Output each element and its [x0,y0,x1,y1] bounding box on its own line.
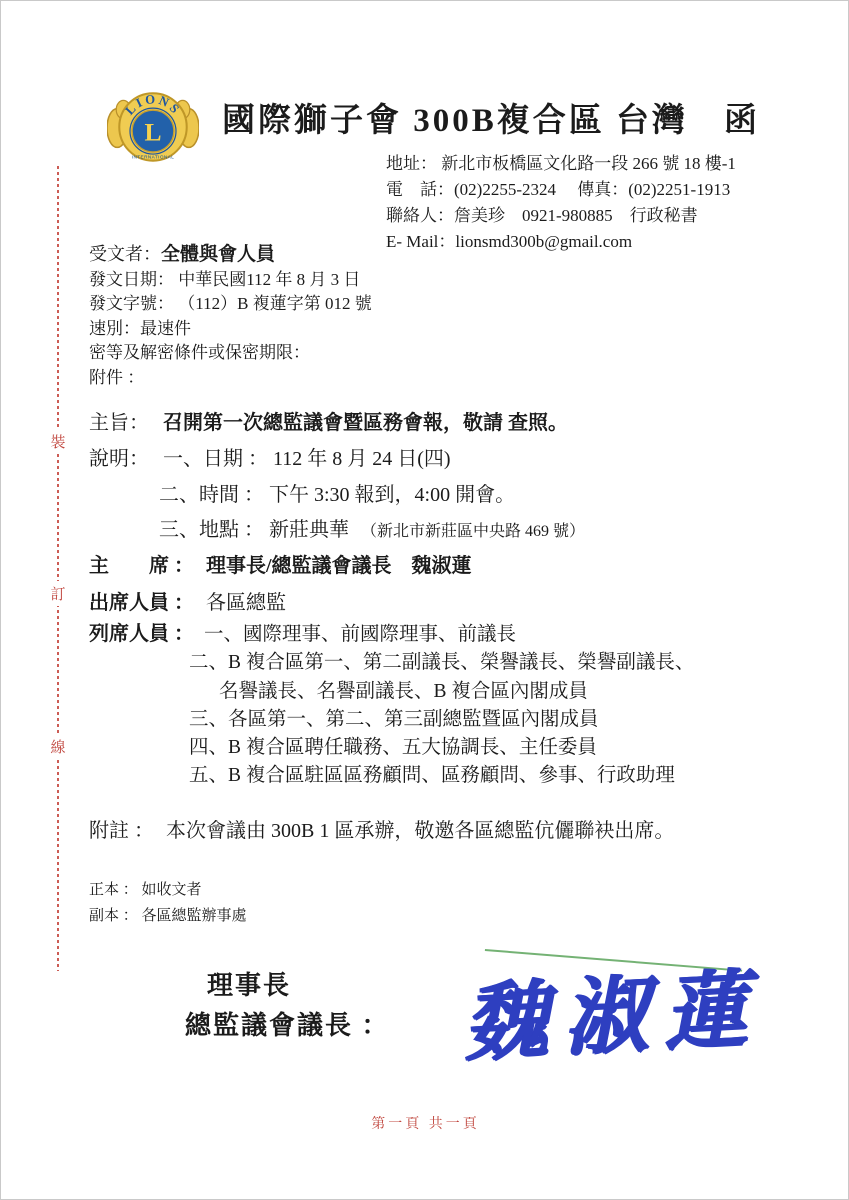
attendees-line: 出席人員 ：各區總監 [89,586,286,615]
explain-line-1: 說明：一、日期 ： 112 年 8 月 24 日(四) [89,442,451,471]
observers-line-1: 列席人員 ：一、國際理事、前國際理事、前議長 [89,617,516,646]
binding-dashed-line [57,166,59,971]
chair-text: 理事長/總監議會議長 魏淑蓮 [206,555,472,577]
note-text: 本次會議由 300B 1 區承辦，敬邀各區總監伉儷聯袂出席。 [166,820,674,842]
signature-name: 魏淑蓮 [460,941,766,1078]
phone-fax-line: 電 話：(02)2255-2324 傳真：(02)2251-1913 [386,177,736,203]
attendees-label: 出席人員 ： [89,592,194,614]
explain-item-3: 三、地點 ： 新莊典華 [159,519,349,541]
chair-label: 主 席 ： [89,555,194,577]
observers-item-2: 二、B 複合區第一、第二副議長、榮譽議長、榮譽副議長、 [189,646,694,674]
page-number-footer: 第一頁 共一頁 [1,1113,849,1133]
note-line: 附註 ：本次會議由 300B 1 區承辦，敬邀各區總監伉儷聯袂出席。 [89,814,674,843]
explain-label: 說明： [89,448,149,470]
observers-item-1: 一、國際理事、前國際理事、前議長 [204,624,516,645]
security-line: 密等及解密條件或保密期限： [89,341,372,366]
signature-role-line-2: 總監議會議長 ： [185,1005,390,1042]
explain-item-3-note: （新北市新莊區中央路 469 號） [361,523,585,540]
explain-line-2: 二、時間 ： 下午 3:30 報到，4:00 開會。 [159,478,515,507]
issue-date-line: 發文日期： 中華民國112 年 8 月 3 日 [89,268,372,293]
observers-item-2b: 名譽議長、名譽副議長、B 複合區內閣成員 [219,675,588,703]
binding-char-ding: 訂 [49,581,67,606]
lions-club-logo-icon: LIONS L INTERNATIONAL [107,81,199,175]
subject-text: 召開第一次總監議會暨區務會報，敬請 查照。 [163,412,568,434]
recipient-label: 受文者： [89,244,161,264]
contact-person-line: 聯絡人：詹美珍 0921-980885 行政秘書 [386,203,736,229]
explain-item-1: 一、日期 ： 112 年 8 月 24 日(四) [163,448,451,470]
observers-label: 列席人員 ： [89,623,194,645]
explain-line-3: 三、地點 ： 新莊典華（新北市新莊區中央路 469 號） [159,513,585,542]
signature-role-line-1: 理事長 [207,965,291,1002]
subject-label: 主旨： [89,412,149,434]
recipient-value: 全體與會人員 [161,244,275,265]
speed-line: 速別：最速件 [89,317,372,342]
recipient-line: 受文者：全體與會人員 [89,242,372,268]
observers-item-3: 三、各區第一、第二、第三副總監暨區內閣成員 [189,703,599,731]
copy-cc-line: 副本 ： 各區總監辦事處 [89,904,247,925]
note-label: 附註 ： [89,820,154,842]
observers-item-5: 五、B 複合區駐區區務顧問、區務顧問、參事、行政助理 [189,759,675,787]
lions-emblem-icon: LIONS L INTERNATIONAL [107,81,199,175]
attachment-line: 附件 ： [89,366,372,391]
binding-char-xian: 線 [49,734,67,759]
binding-char-zhuang: 裝 [49,429,67,454]
logo-center-letter: L [144,117,161,146]
subject-line: 主旨：召開第一次總監議會暨區務會報，敬請 查照。 [89,406,568,435]
copy-original-line: 正本 ： 如收文者 [89,878,202,899]
address-line: 地址： 新北市板橋區文化路一段 266 號 18 樓-1 [386,151,736,177]
doc-number-line: 發文字號： （112）B 複蓮字第 012 號 [89,292,372,317]
document-title: 國際獅子會 300B複合區 台灣 函 [222,94,760,141]
logo-bottom-text: INTERNATIONAL [132,155,174,160]
observers-item-4: 四、B 複合區聘任職務、五大協調長、主任委員 [189,731,597,759]
document-page: 裝 訂 線 LIONS L INTERNATIONAL 國際獅子會 300B複合… [0,0,849,1200]
attendees-text: 各區總監 [206,592,286,614]
contact-block: 地址： 新北市板橋區文化路一段 266 號 18 樓-1 電 話：(02)225… [386,151,736,255]
meta-block: 受文者：全體與會人員 發文日期： 中華民國112 年 8 月 3 日 發文字號：… [89,242,372,390]
email-line: E- Mail：lionsmd300b@gmail.com [386,229,736,255]
chair-line: 主 席 ：理事長/總監議會議長 魏淑蓮 [89,549,472,578]
